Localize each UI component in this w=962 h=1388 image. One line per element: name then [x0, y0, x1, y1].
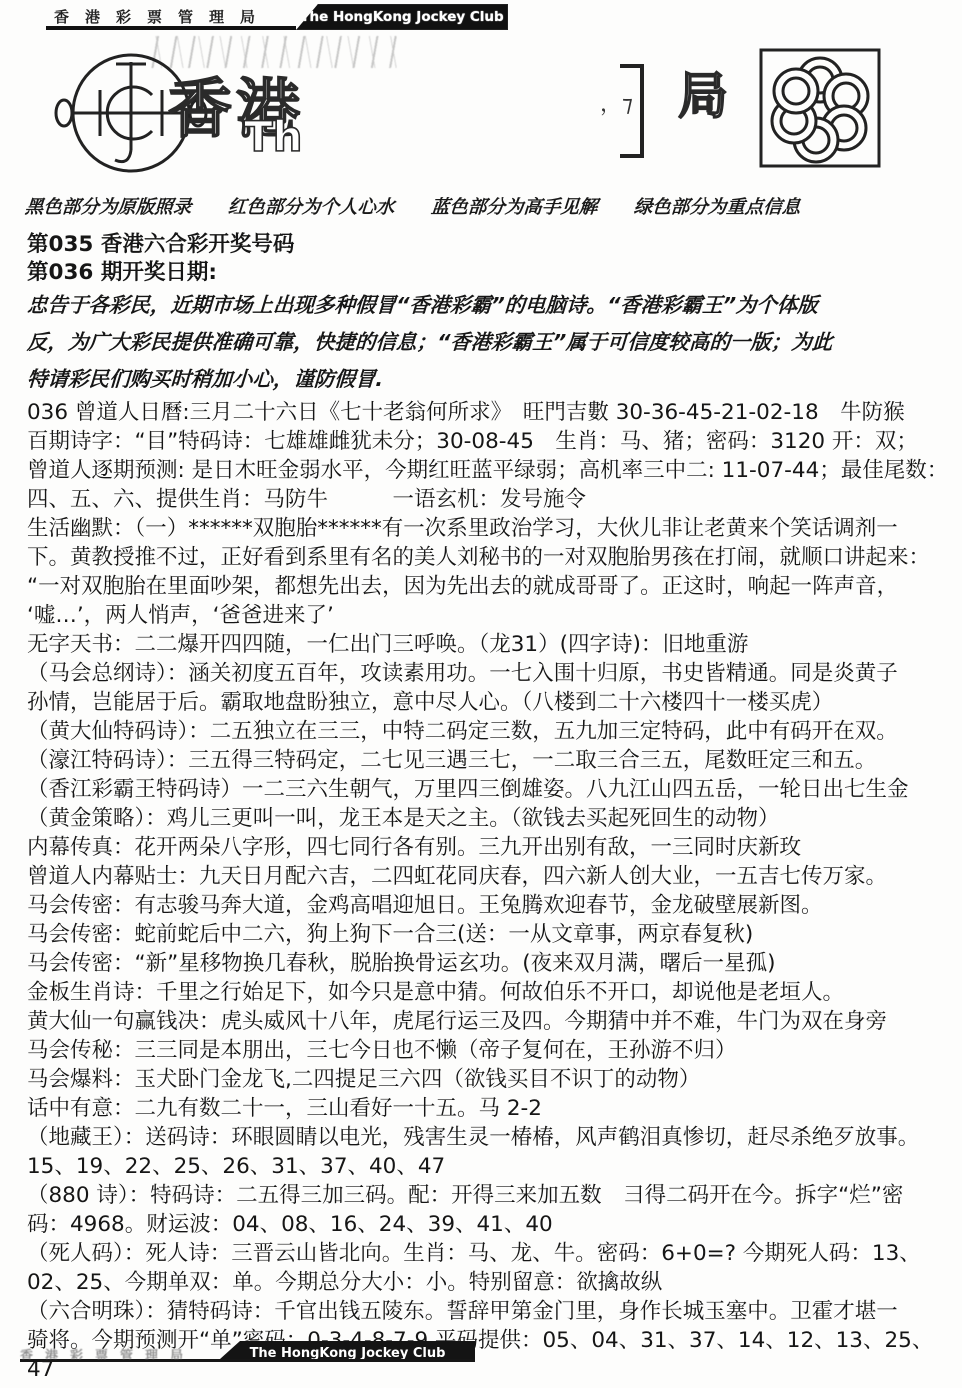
text-line: 话中有意：二九有数二十一，三山看好一十五。马 2-2	[27, 1094, 952, 1123]
text-line: （死人码）：死人诗：三晋云山皆北向。生肖：马、龙、牛。密码：6+0=? 今期死人…	[27, 1239, 952, 1268]
text-line: 反，为广大彩民提供准确可靠，快捷的信息；“香港彩霸王”属于可信度较高的一版；为此	[26, 324, 953, 361]
text-line: 百期诗字：“目”特码诗：七雄雄雌犹未分；30-08-45 生肖：马、猪；密码：3…	[27, 427, 952, 456]
legend-blue: 蓝色部分为高手见解	[430, 197, 598, 218]
text-line: 内幕传真：花开两朵八字形，四七同行各有别。三九开出别有敌，一三同时庆新玫	[27, 833, 952, 862]
bracket-mark	[620, 64, 644, 158]
body-text: 第035 香港六合彩开奖号码 第036 期开奖日期: 忠告于各彩民，近期市场上出…	[27, 231, 952, 1384]
footer-jockey-club-title: The HongKong Jockey Club	[220, 1341, 475, 1359]
text-line: 第035 香港六合彩开奖号码	[27, 231, 952, 259]
text-line: 02、25、今期单双：单。今期总分大小：小。特别留意：欲擒故纵	[27, 1268, 952, 1297]
text-line: （地藏王）：送码诗：环眼圆睛以电光，残害生灵一椿椿，风声鹤泪真惨切，赶尽杀绝歹放…	[27, 1123, 952, 1152]
big-outline-latin: Th	[244, 112, 303, 161]
text-line: 码：4968。财运波：04、08、16、24、39、41、40	[27, 1210, 952, 1239]
text-line: 金板生肖诗：千里之行始足下，如今只是意中猜。何故伯乐不开口，却说他是老垣人。	[27, 978, 952, 1007]
text-line: 忠告于各彩民，近期市场上出现多种假冒“香港彩霸”的电脑诗。“香港彩霸王”为个体版	[26, 287, 953, 324]
text-line: 曾道人内幕贴士：九天日月配六吉，二四虹花同庆春，四六新人创大业，一五吉七传万家。	[27, 862, 952, 891]
jockey-club-title: The HongKong Jockey Club	[296, 4, 508, 30]
text-line: 036 曾道人日曆:三月二十六日《七十老翁何所求》 旺門吉數 30-36-45-…	[27, 398, 952, 427]
bottom-banner: 香港彩票管理局 The HongKong Jockey Club	[20, 1341, 475, 1362]
text-line: 下。黄教授推不过，正好看到系里有名的美人刘秘书的一对双胞胎男孩在打闹，就顺口讲起…	[27, 543, 952, 572]
text-line: 四、五、六、提供生肖：马防牛 一语玄机：发号施令	[27, 485, 952, 514]
text-line: 孙情，岂能居于后。霸取地盘盼独立，意中尽人心。（八楼到二十六楼四十一楼买虎）	[27, 688, 952, 717]
text-line: “一对双胞胎在里面吵架，都想先出去，因为先出去的就成哥哥了。正这时，响起一阵声音…	[27, 572, 952, 601]
footer-bureau-title: 香港彩票管理局	[20, 1341, 220, 1359]
bureau-title: 香港彩票管理局	[46, 4, 296, 30]
text-line: ‘嘘…’，两人悄声，‘爸爸进来了’	[27, 601, 952, 630]
text-line: 马会传密：“新”星移物换几春秋，脱胎换骨运玄功。(夜来双月满，曙后一星孤)	[27, 949, 952, 978]
text-line: 马会爆料：玉犬卧门金龙飞,二四提足三六四（欲钱买目不识丁的动物）	[27, 1065, 952, 1094]
text-line: （濠江特码诗）：三五得三特码定，二七见三遇三七，一二取三合三五，尾数旺定三和五。	[27, 746, 952, 775]
six-circles-logo-icon	[758, 47, 882, 173]
text-line: 曾道人逐期预测: 是日木旺金弱水平，今期红旺蓝平绿弱；高机率三中二: 11-07…	[27, 456, 952, 485]
text-line: 生活幽默：（一）******双胞胎******有一次系里政治学习，大伙儿非让老黄…	[27, 514, 952, 543]
legend-red: 红色部分为个人心水	[227, 197, 395, 218]
top-banner: 香港彩票管理局 The HongKong Jockey Club	[46, 4, 508, 30]
text-line: （黄金策略）：鸡儿三更叫一叫，龙王本是天之主。（欲钱去买起死回生的动物）	[27, 804, 952, 833]
text-line: 特请彩民们购买时稍加小心，谨防假冒.	[26, 361, 953, 398]
text-line: 第036 期开奖日期:	[27, 259, 952, 287]
ju-character: 局	[678, 56, 728, 128]
text-line: （马会总纲诗）：涵关初度五百年，攻读素用功。一七入围十归原，书史皆精通。同是炎黄…	[27, 659, 952, 688]
legend-green: 绿色部分为重点信息	[633, 197, 801, 218]
color-legend: 黑色部分为原版照录 红色部分为个人心水 蓝色部分为高手见解 绿色部分为重点信息	[24, 193, 956, 219]
legend-black: 黑色部分为原版照录	[24, 197, 192, 218]
text-line: 马会传秘：三三同是本朋出，三七今日也不懒（帝子复何在，王孙游不归）	[27, 1036, 952, 1065]
text-line: 无字天书：二二爆开四四随，一仁出门三呼唤。（龙31）(四字诗)：旧地重游	[27, 630, 952, 659]
text-line: （六合明珠）：猜特码诗：千官出钱五陵东。誓辞甲第金门里，身作长城玉塞中。卫霍才堪…	[27, 1297, 952, 1326]
text-line: （香江彩霸王特码诗）一二三六生朝气，万里四三倒雄姿。八九江山四五岳，一轮日出七生…	[27, 775, 952, 804]
text-line: （880 诗）：特码诗：二五得三加三码。配：开得三来加五数 彐得二码开在今。拆字…	[27, 1181, 952, 1210]
text-line: 15、19、22、25、26、31、37、40、47	[27, 1152, 952, 1181]
text-line: 马会传密：蛇前蛇后中二六，狗上狗下一合三(送：一从文章事，两京春复秋)	[27, 920, 952, 949]
scanned-lottery-sheet: 香港彩票管理局 The HongKong Jockey Club 香港 Th ，…	[0, 0, 962, 1388]
text-line: 黄大仙一句赢钱决：虎头威风十八年，虎尾行运三及四。今期猜中并不难，牛门为双在身旁	[27, 1007, 952, 1036]
text-line: （黄大仙特码诗）：二五独立在三三，中特二码定三数，五九加三定特码，此中有码开在双…	[27, 717, 952, 746]
text-line: 马会传密：有志骏马奔大道，金鸡高唱迎旭日。王兔腾欢迎春节，金龙破壁展新图。	[27, 891, 952, 920]
